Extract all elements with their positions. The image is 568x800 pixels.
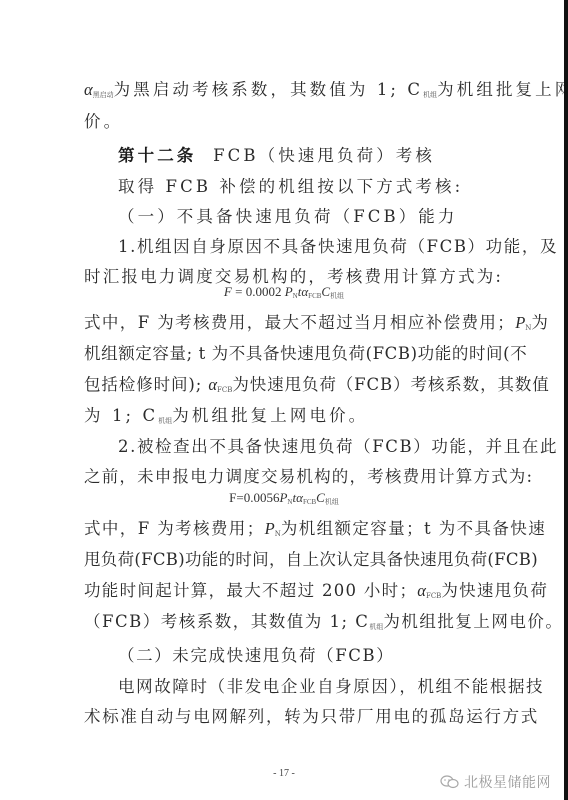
text-line: 式中，F 为考核费用；PN为机组额定容量；t 为不具备快速 (84, 518, 488, 545)
document-page: α黑启动为黑启动考核系数，其数值为 1; C机组为机组批复上网电 价。 第十二条… (0, 0, 564, 800)
article-number: 第十二条 (118, 146, 196, 165)
text-line: 甩负荷(FCB)功能的时间，自上次认定具备快速甩负荷(FCB) (84, 549, 488, 571)
article-title: FCB（快速甩负荷）考核 (213, 146, 435, 165)
text-line: 之前，未申报电力调度交易机构的，考核费用计算方式为: (84, 466, 488, 488)
section-heading: （一）不具备快速甩负荷（FCB）能力 (118, 206, 488, 228)
watermark: 北极星储能网 (440, 772, 551, 792)
text-line: 取得 FCB 补偿的机组按以下方式考核: (118, 176, 488, 198)
text-line: 式中，F 为考核费用，最大不超过当月相应补偿费用；PN为 (84, 312, 488, 339)
text-line: 价。 (84, 111, 488, 133)
article-heading: 第十二条 FCB（快速甩负荷）考核 (118, 145, 488, 167)
alpha-symbol: α (84, 80, 93, 99)
text-line: （FCB）考核系数，其数值为 1; C机组为机组批复上网电价。 (84, 611, 488, 638)
text-line: α黑启动为黑启动考核系数，其数值为 1; C机组为机组批复上网电 (84, 79, 488, 106)
formula-2: F=0.0056PNtαFCBC机组 (0, 490, 568, 507)
section-heading: （二）未完成快速甩负荷（FCB） (118, 645, 488, 667)
text-line: 为 1; C机组为机组批复上网电价。 (84, 405, 488, 432)
wechat-icon (440, 775, 460, 789)
watermark-text: 北极星储能网 (464, 772, 551, 792)
text-line: 包括检修时间); αFCB为快速甩负荷（FCB）考核系数，其数值 (84, 374, 488, 401)
page-edge-border (564, 0, 568, 800)
text-line: 术标准自动与电网解列，转为只带厂用电的孤岛运行方式 (84, 706, 488, 728)
text-line: 电网故障时（非发电企业自身原因），机组不能根据技 (118, 676, 488, 698)
text-line: 2.被检查出不具备快速甩负荷（FCB）功能，并且在此 (118, 436, 488, 458)
text-line: 机组额定容量; t 为不具备快速甩负荷(FCB)功能的时间(不 (84, 343, 488, 365)
formula-1: F = 0.0002 PNtαFCBC机组 (0, 284, 568, 301)
text-line: 1.机组因自身原因不具备快速甩负荷（FCB）功能，及 (118, 236, 488, 258)
text-line: 功能时间起计算，最大不超过 200 小时；αFCB为快速甩负荷 (84, 580, 488, 607)
